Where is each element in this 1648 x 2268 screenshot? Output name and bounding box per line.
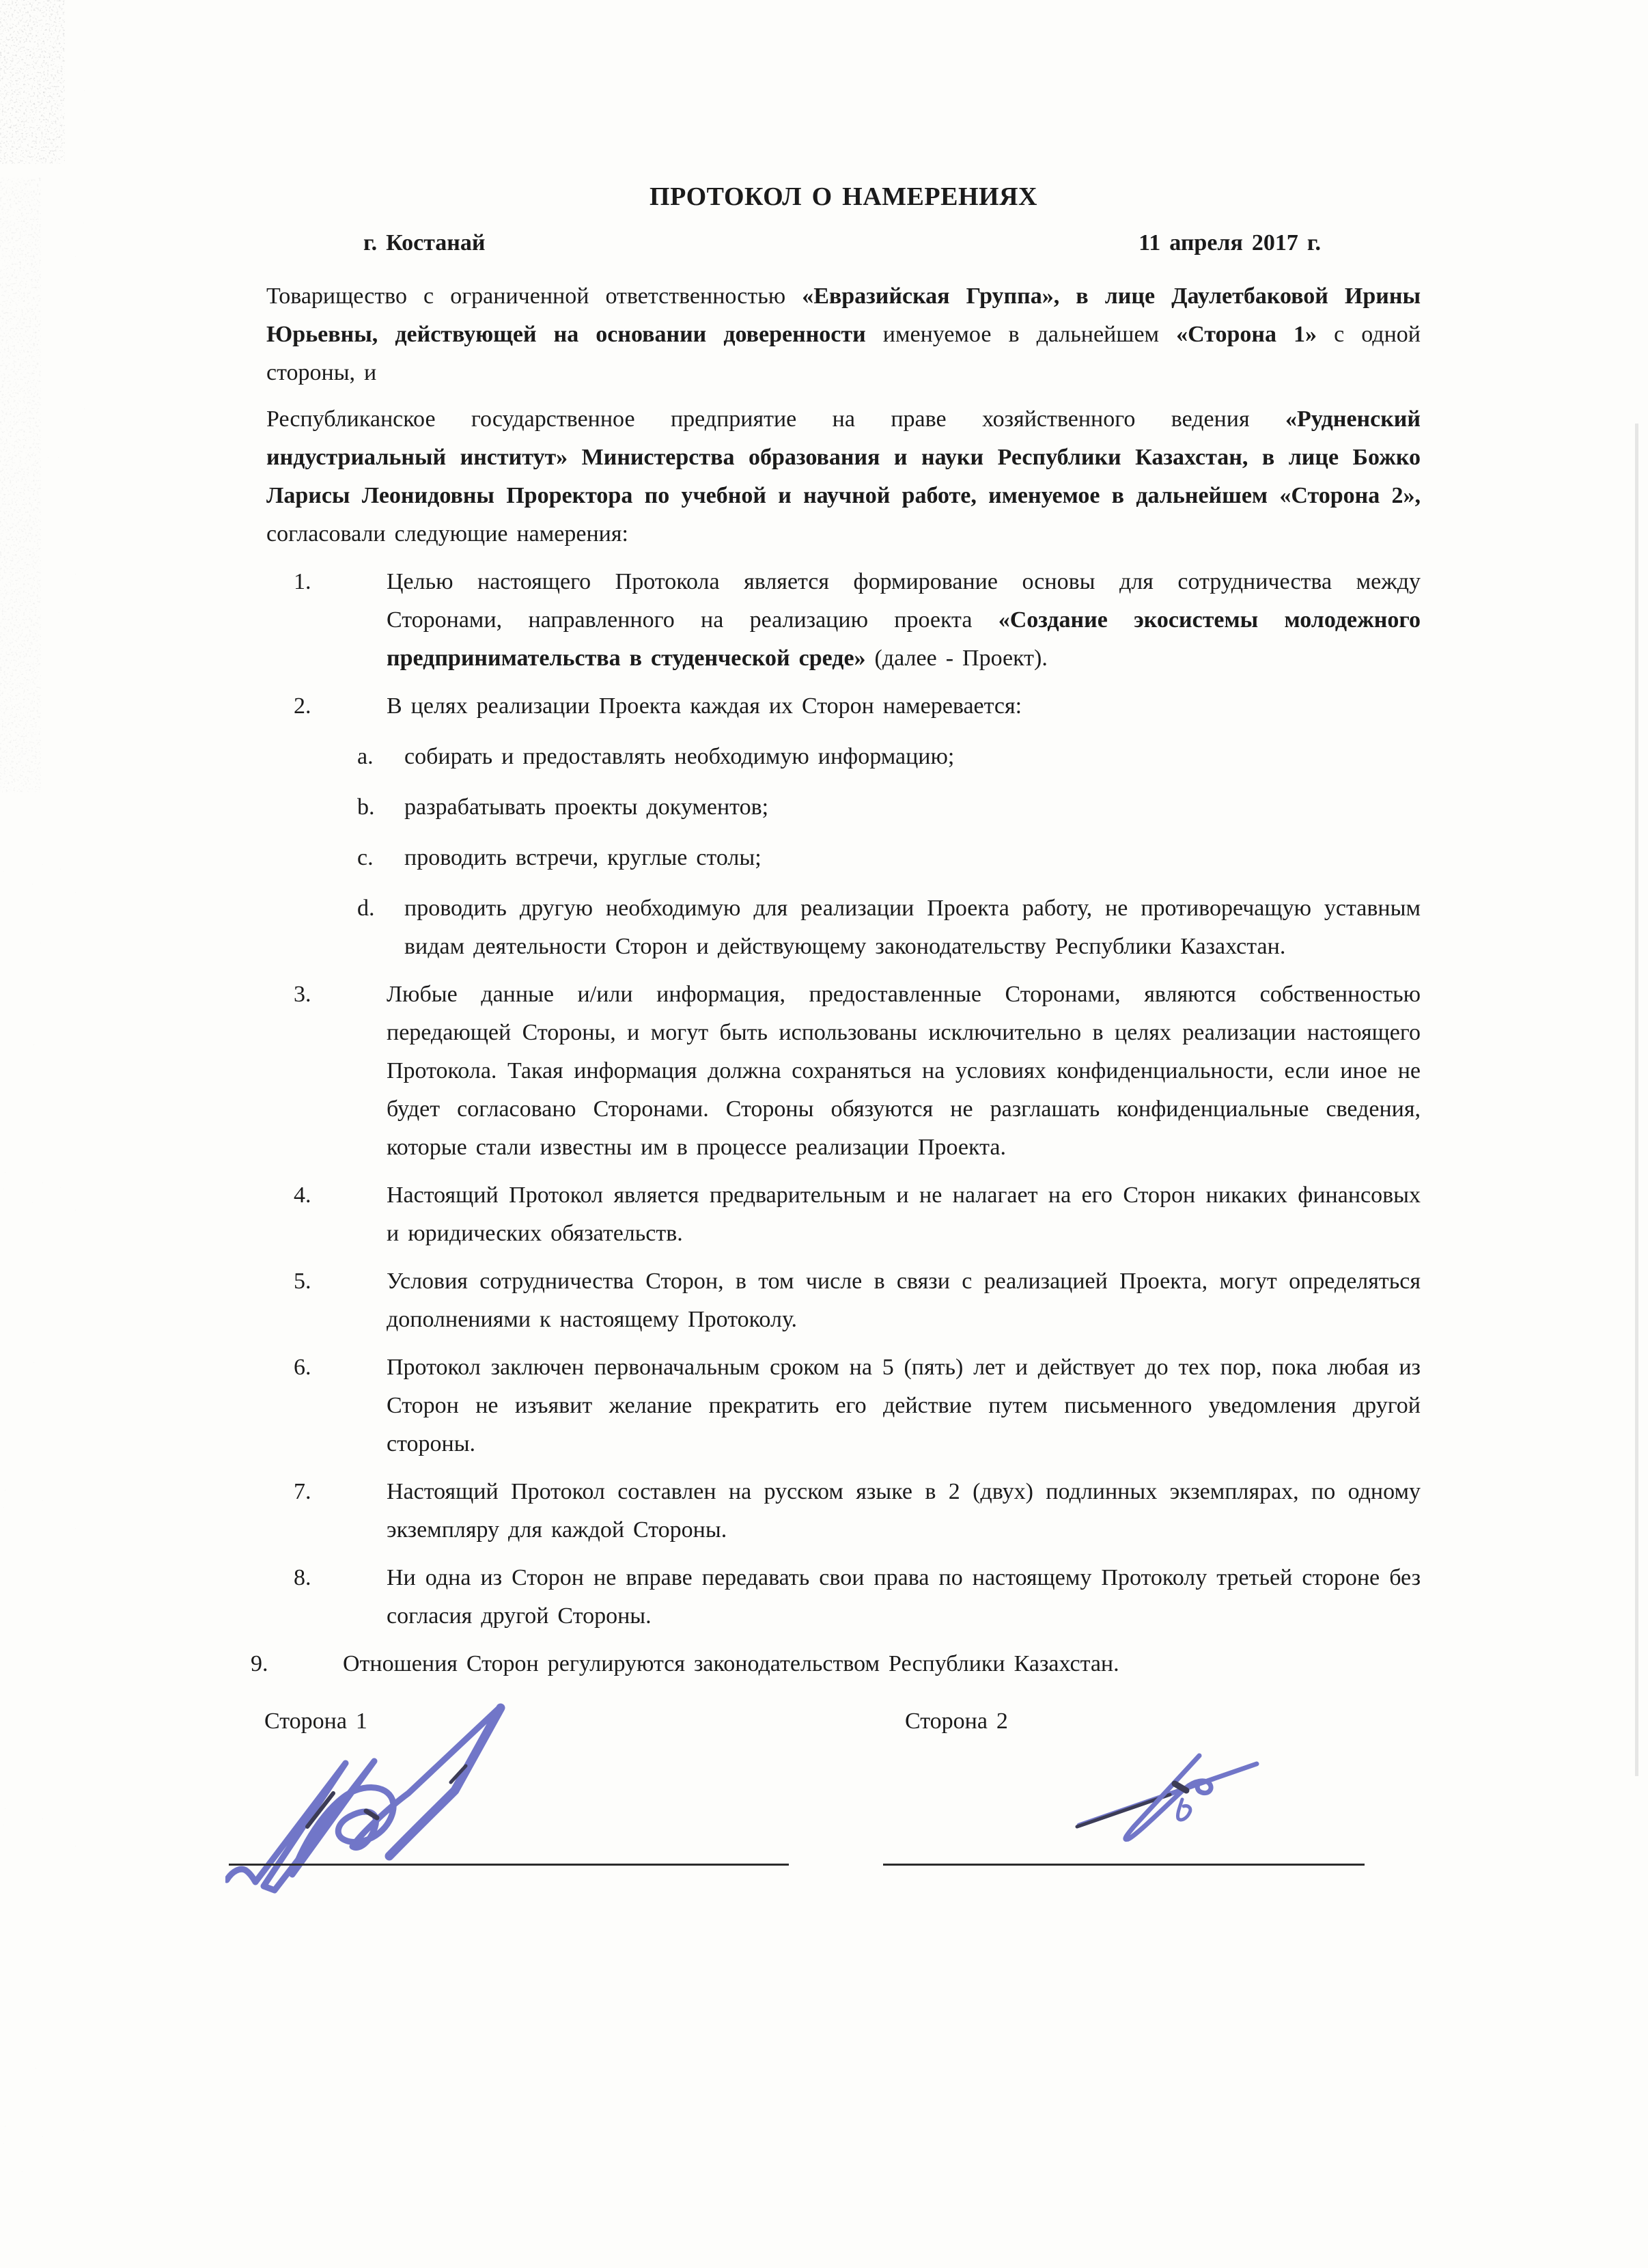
- sub-item-text: разрабатывать проекты документов;: [404, 788, 1421, 827]
- list-item-7: 7. Настоящий Протокол составлен на русск…: [294, 1473, 1421, 1549]
- party2-paragraph: Республиканское государственное предприя…: [266, 400, 1421, 553]
- item-number: 2.: [294, 687, 387, 725]
- item-text: Целью настоящего Протокола является форм…: [387, 563, 1421, 678]
- party2-signature-label: Сторона 2: [905, 1702, 1008, 1741]
- list-item-5: 5. Условия сотрудничества Сторон, в том …: [294, 1262, 1421, 1339]
- party2-text-end: согласовали следующие намерения:: [266, 521, 628, 547]
- item-number: 8.: [294, 1559, 387, 1635]
- list-item-2: 2. В целях реализации Проекта каждая их …: [294, 687, 1421, 725]
- sub-item-letter: d.: [357, 889, 404, 966]
- party2-signature-ink-icon: [1069, 1752, 1281, 1868]
- party1-signature-line: [229, 1864, 789, 1866]
- document-title: ПРОТОКОЛ О НАМЕРЕНИЯХ: [266, 178, 1421, 216]
- item-text: Условия сотрудничества Сторон, в том чис…: [387, 1262, 1421, 1339]
- sub-item-b: b. разрабатывать проекты документов;: [357, 788, 1421, 827]
- dateline: г. Костанай 11 апреля 2017 г.: [266, 224, 1421, 262]
- sub-item-text: собирать и предоставлять необходимую инф…: [404, 738, 1421, 776]
- item-text: В целях реализации Проекта каждая их Сто…: [387, 687, 1421, 725]
- sub-item-letter: b.: [357, 788, 404, 827]
- sub-item-a: a. собирать и предоставлять необходимую …: [357, 738, 1421, 776]
- party1-text-mid: именуемое в дальнейшем: [883, 322, 1176, 347]
- sub-item-text: проводить другую необходимую для реализа…: [404, 889, 1421, 966]
- item-text: Любые данные и/или информация, предостав…: [387, 976, 1421, 1167]
- item-1-post: (далее - Проект).: [866, 646, 1048, 671]
- list-item-9: 9. Отношения Сторон регулируются законод…: [251, 1645, 1421, 1683]
- list-item-4: 4. Настоящий Протокол является предварит…: [294, 1176, 1421, 1253]
- dateline-place: г. Костанай: [363, 224, 485, 262]
- sub-item-c: c. проводить встречи, круглые столы;: [357, 839, 1421, 877]
- item-number: 6.: [294, 1349, 387, 1463]
- sub-item-d: d. проводить другую необходимую для реал…: [357, 889, 1421, 966]
- list-item-6: 6. Протокол заключен первоначальным срок…: [294, 1349, 1421, 1463]
- list-item-1: 1. Целью настоящего Протокола является ф…: [294, 563, 1421, 678]
- list-item-3: 3. Любые данные и/или информация, предос…: [294, 976, 1421, 1167]
- item-text: Протокол заключен первоначальным сроком …: [387, 1349, 1421, 1463]
- party2-text: Республиканское государственное предприя…: [266, 406, 1285, 432]
- document-content: ПРОТОКОЛ О НАМЕРЕНИЯХ г. Костанай 11 апр…: [266, 178, 1421, 1911]
- item-number: 1.: [294, 563, 387, 678]
- signature-labels-row: Сторона 1 Сторона 2: [266, 1702, 1421, 1741]
- party1-text: Товарищество с ограниченной ответственно…: [266, 283, 802, 309]
- item-text: Настоящий Протокол составлен на русском …: [387, 1473, 1421, 1549]
- item-number: 4.: [294, 1176, 387, 1253]
- scan-edge-streak: [1635, 424, 1638, 1776]
- party1-paragraph: Товарищество с ограниченной ответственно…: [266, 277, 1421, 392]
- sub-item-letter: a.: [357, 738, 404, 776]
- party1-signature-label: Сторона 1: [264, 1702, 367, 1741]
- item-number: 3.: [294, 976, 387, 1167]
- item-number: 7.: [294, 1473, 387, 1549]
- list-item-8: 8. Ни одна из Сторон не вправе передават…: [294, 1559, 1421, 1635]
- scanned-document-page: ПРОТОКОЛ О НАМЕРЕНИЯХ г. Костанай 11 апр…: [0, 0, 1648, 2268]
- sub-item-letter: c.: [357, 839, 404, 877]
- party1-alias-bold: «Сторона 1»: [1176, 322, 1334, 347]
- item-text: Отношения Сторон регулируются законодате…: [343, 1645, 1421, 1683]
- dateline-date: 11 апреля 2017 г.: [1139, 224, 1321, 262]
- party2-signature-line: [883, 1864, 1365, 1866]
- item-text: Ни одна из Сторон не вправе передавать с…: [387, 1559, 1421, 1635]
- sub-item-text: проводить встречи, круглые столы;: [404, 839, 1421, 877]
- item-number: 9.: [251, 1645, 343, 1683]
- item-number: 5.: [294, 1262, 387, 1339]
- item-text: Настоящий Протокол является предваритель…: [387, 1176, 1421, 1253]
- signature-area: [266, 1741, 1421, 1911]
